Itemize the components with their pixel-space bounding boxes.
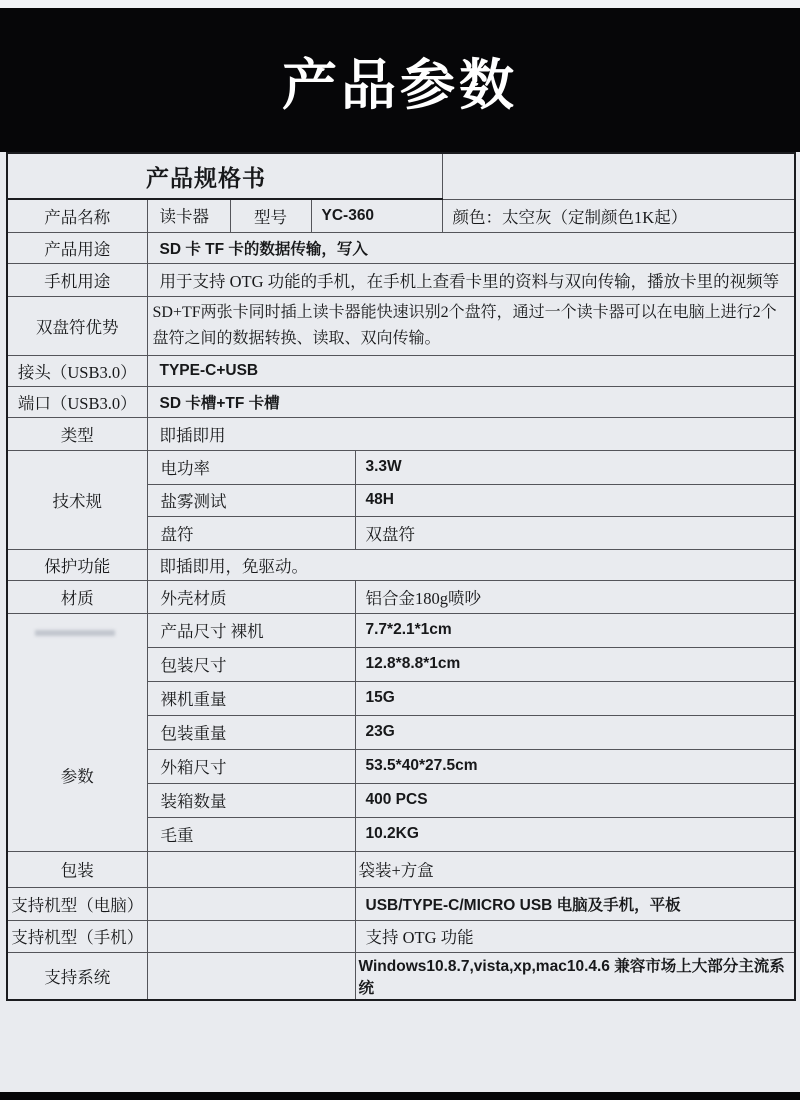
row-material: 材质 外壳材质 铝合金180g喷吵 [7, 580, 795, 613]
type-value: 即插即用 [147, 417, 795, 450]
color-value: 颜色：太空灰（定制颜色1K起） [442, 199, 795, 232]
row-usage: 产品用途 SD 卡 TF 卡的数据传输，写入 [7, 232, 795, 263]
support-phone-value: 支持 OTG 功能 [355, 920, 795, 952]
param-netweight-value: 15G [355, 681, 795, 715]
param-netweight-key: 裸机重量 [147, 681, 355, 715]
connector-value: TYPE-C+USB [147, 355, 795, 386]
row-connector: 接头（USB3.0） TYPE-C+USB [7, 355, 795, 386]
bottom-strip [0, 1092, 800, 1100]
param-grossweight-key: 毛重 [147, 817, 355, 851]
material-key: 外壳材质 [147, 580, 355, 613]
product-name-value: 读卡器 [147, 199, 230, 232]
support-pc-value: USB/TYPE-C/MICRO USB 电脑及手机，平板 [355, 887, 795, 920]
protection-value: 即插即用，免驱动。 [147, 549, 795, 580]
row-packaging: 包装 袋装+方盒 [7, 851, 795, 887]
sheet-title: 产品规格书 [7, 153, 442, 199]
connector-label: 接头（USB3.0） [7, 355, 147, 386]
support-os-label: 支持系统 [7, 952, 147, 1000]
packaging-value: 袋装+方盒 [355, 851, 795, 887]
row-support-os: 支持系统 Windows10.8.7,vista,xp,mac10.4.6 兼容… [7, 952, 795, 1000]
support-os-empty-cell [147, 952, 355, 1000]
tech-group-label: 技术规 [7, 450, 147, 549]
param-packsize-value: 12.8*8.8*1cm [355, 647, 795, 681]
tech-drive-value: 双盘符 [355, 516, 795, 549]
param-packsize-key: 包装尺寸 [147, 647, 355, 681]
port-label: 端口（USB3.0） [7, 386, 147, 417]
top-strip [0, 0, 800, 8]
material-group-label: 材质 [7, 580, 147, 613]
row-phone-usage: 手机用途 用于支持 OTG 功能的手机，在手机上查看卡里的资料与双向传输，播放卡… [7, 263, 795, 296]
material-value: 铝合金180g喷吵 [355, 580, 795, 613]
row-type: 类型 即插即用 [7, 417, 795, 450]
watermark-smudge [35, 630, 115, 636]
param-packweight-value: 23G [355, 715, 795, 749]
param-cartonqty-key: 装箱数量 [147, 783, 355, 817]
sheet-title-empty-cell [442, 153, 795, 199]
tech-salt-key: 盐雾测试 [147, 484, 355, 516]
usage-value: SD 卡 TF 卡的数据传输，写入 [147, 232, 795, 263]
support-os-value: Windows10.8.7,vista,xp,mac10.4.6 兼容市场上大部… [355, 952, 795, 1000]
packaging-label: 包装 [7, 851, 147, 887]
packaging-empty-cell [147, 851, 355, 887]
dual-drive-label: 双盘符优势 [7, 296, 147, 355]
dual-drive-value: SD+TF两张卡同时插上读卡器能快速识别2个盘符，通过一个读卡器可以在电脑上进行… [147, 296, 795, 355]
param-grossweight-value: 10.2KG [355, 817, 795, 851]
page-title: 产品参数 [282, 41, 518, 120]
row-support-pc: 支持机型（电脑） USB/TYPE-C/MICRO USB 电脑及手机，平板 [7, 887, 795, 920]
support-pc-empty-cell [147, 887, 355, 920]
row-dual-drive: 双盘符优势 SD+TF两张卡同时插上读卡器能快速识别2个盘符，通过一个读卡器可以… [7, 296, 795, 355]
spec-table: 产品规格书 产品名称 读卡器 型号 YC-360 颜色：太空灰（定制颜色1K起）… [6, 152, 796, 1001]
row-protection: 保护功能 即插即用，免驱动。 [7, 549, 795, 580]
param-cartonsize-value: 53.5*40*27.5cm [355, 749, 795, 783]
phone-usage-label: 手机用途 [7, 263, 147, 296]
param-packweight-key: 包装重量 [147, 715, 355, 749]
param-cartonsize-key: 外箱尺寸 [147, 749, 355, 783]
row-tech-power: 技术规 电功率 3.3W [7, 450, 795, 484]
tech-drive-key: 盘符 [147, 516, 355, 549]
row-port: 端口（USB3.0） SD 卡槽+TF 卡槽 [7, 386, 795, 417]
port-value: SD 卡槽+TF 卡槽 [147, 386, 795, 417]
tech-power-key: 电功率 [147, 450, 355, 484]
param-cartonqty-value: 400 PCS [355, 783, 795, 817]
param-size-value: 7.7*2.1*1cm [355, 613, 795, 647]
hero-banner: 产品参数 [0, 8, 800, 152]
product-name-label: 产品名称 [7, 199, 147, 232]
model-value: YC-360 [311, 199, 442, 232]
tech-power-value: 3.3W [355, 450, 795, 484]
row-support-phone: 支持机型（手机） 支持 OTG 功能 [7, 920, 795, 952]
protection-label: 保护功能 [7, 549, 147, 580]
usage-label: 产品用途 [7, 232, 147, 263]
tech-salt-value: 48H [355, 484, 795, 516]
params-group-label: 参数 [7, 613, 147, 851]
phone-usage-value: 用于支持 OTG 功能的手机，在手机上查看卡里的资料与双向传输，播放卡里的视频等 [147, 263, 795, 296]
row-param-size: 参数 产品尺寸 裸机 7.7*2.1*1cm [7, 613, 795, 647]
row-product-name: 产品名称 读卡器 型号 YC-360 颜色：太空灰（定制颜色1K起） [7, 199, 795, 232]
support-phone-label: 支持机型（手机） [7, 920, 147, 952]
model-label: 型号 [230, 199, 311, 232]
type-label: 类型 [7, 417, 147, 450]
support-phone-empty-cell [147, 920, 355, 952]
param-size-key: 产品尺寸 裸机 [147, 613, 355, 647]
row-sheet-title: 产品规格书 [7, 153, 795, 199]
support-pc-label: 支持机型（电脑） [7, 887, 147, 920]
